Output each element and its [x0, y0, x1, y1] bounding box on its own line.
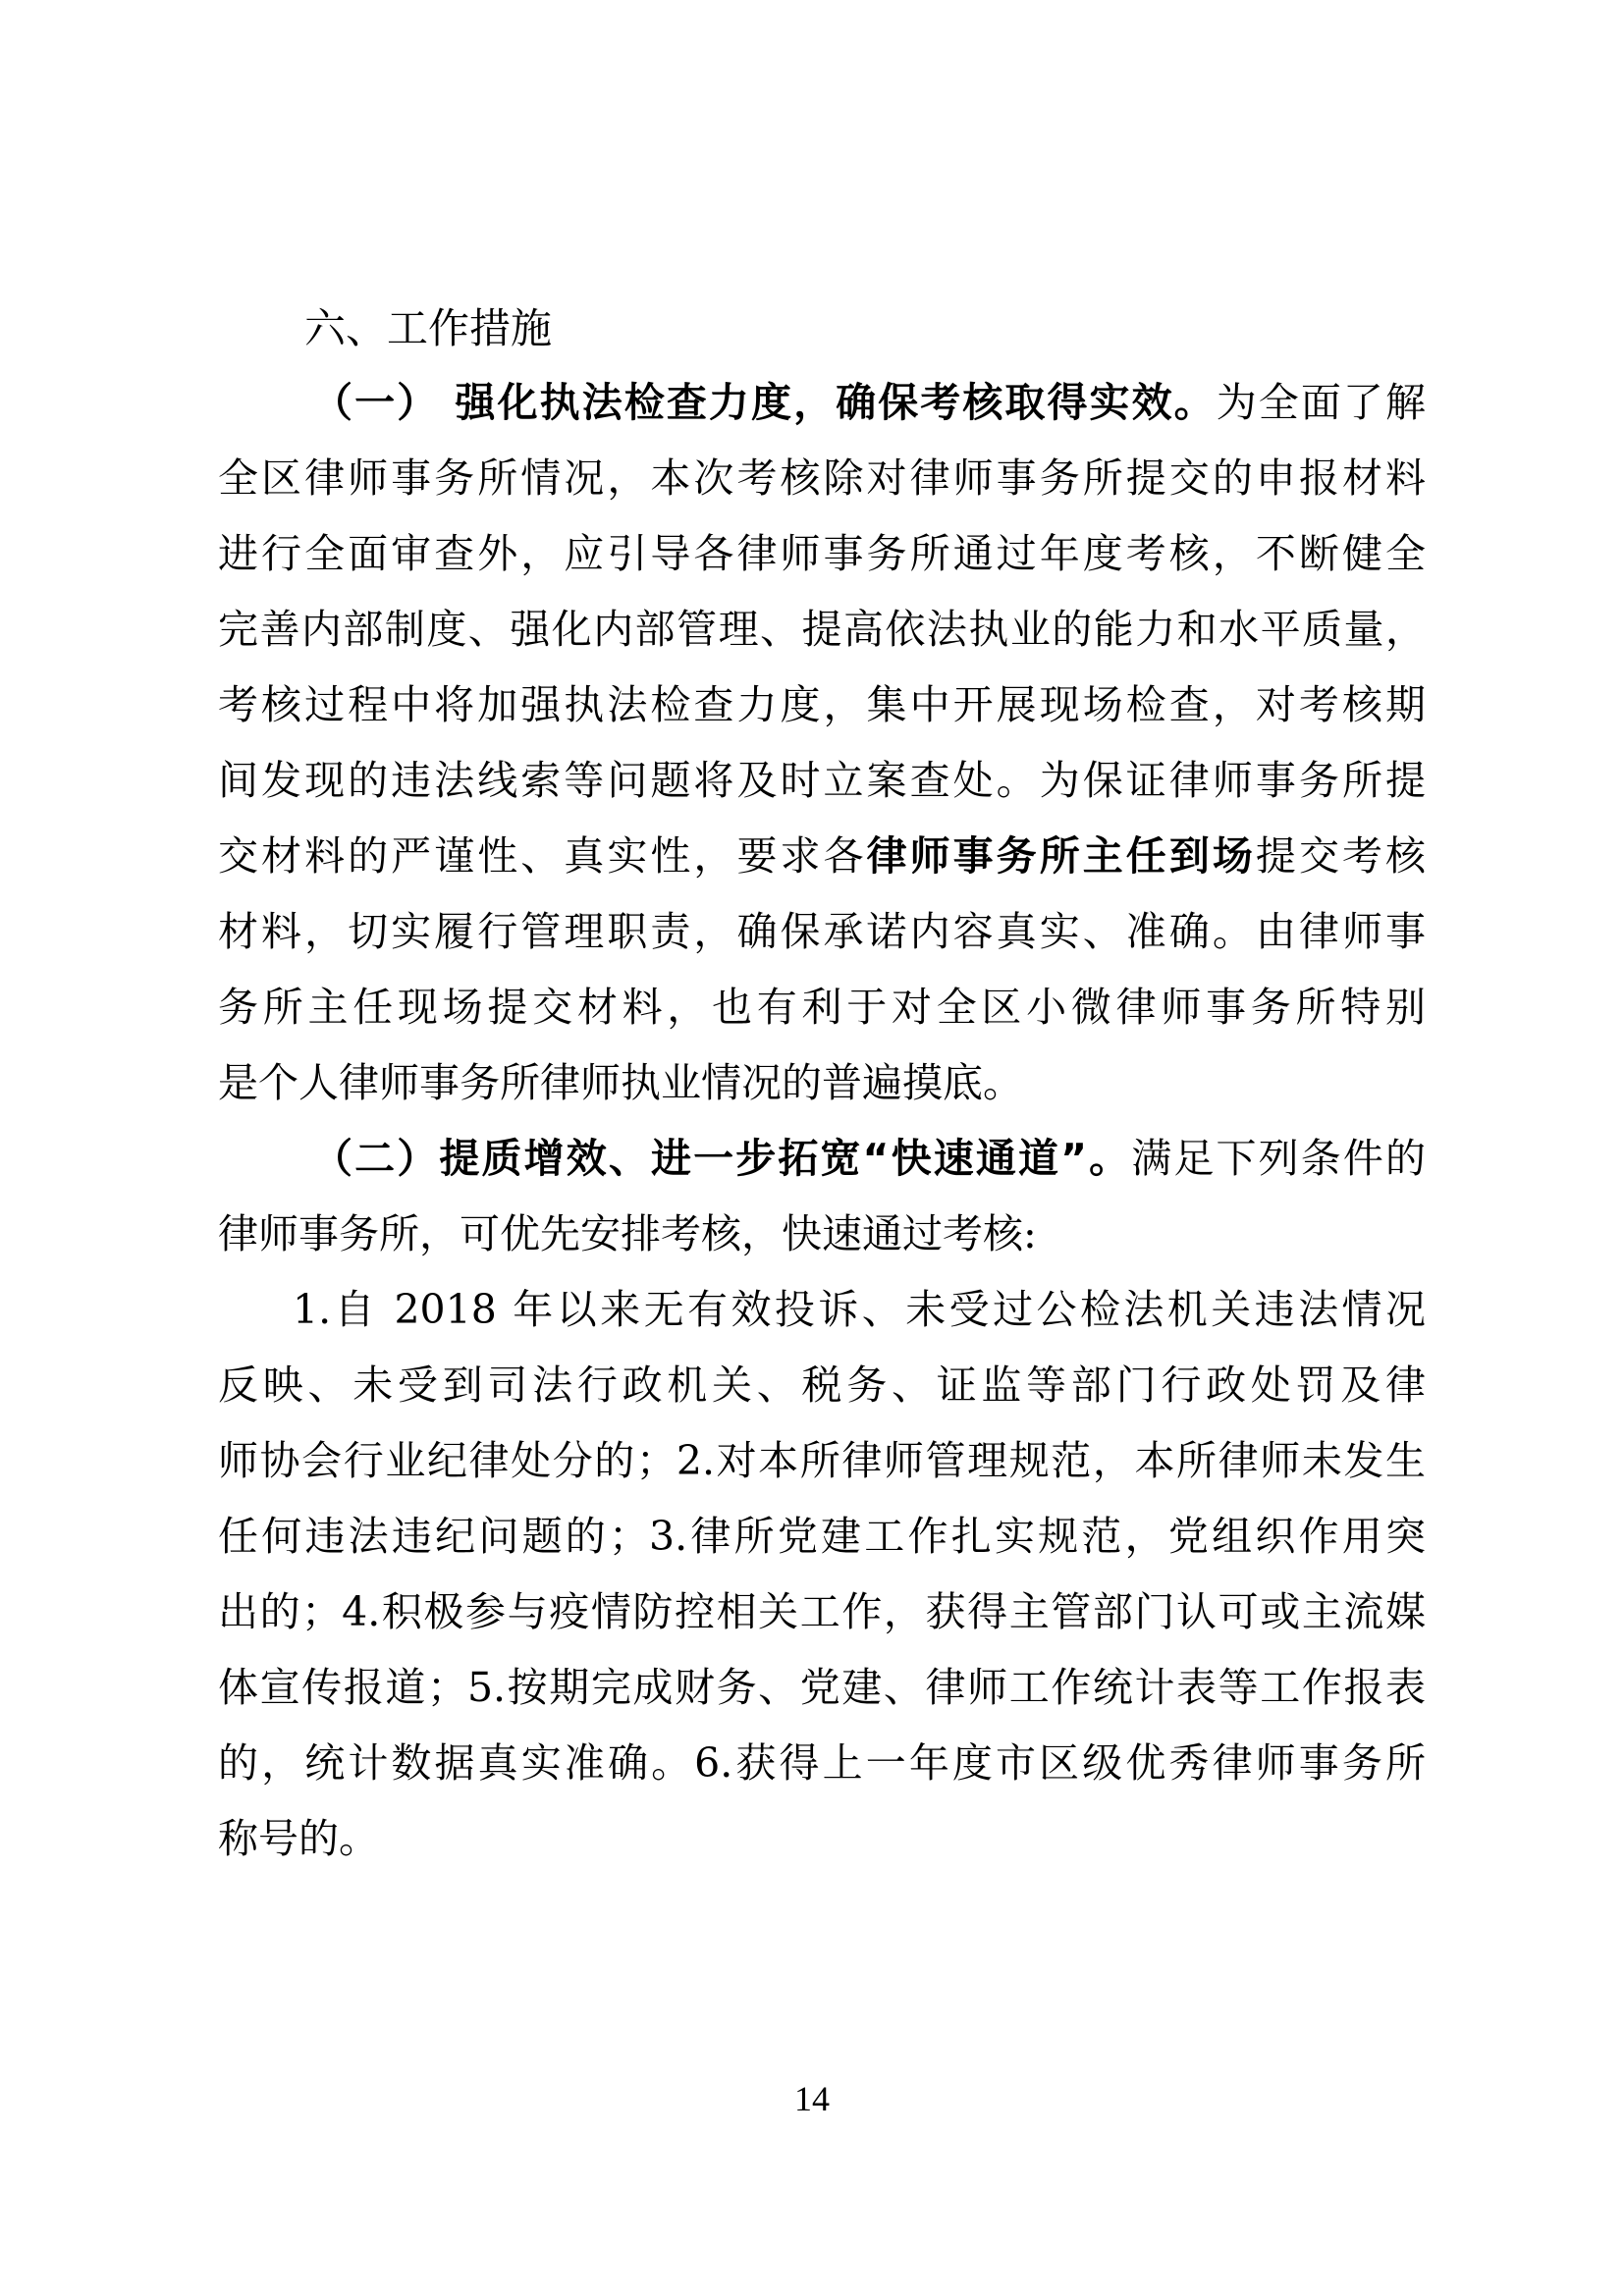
paragraph-3-line-2: 反映、未受到司法行政机关、税务、证监等部门行政处罚及律: [218, 1356, 1426, 1415]
paragraph-3-line-5: 出的；4.积极参与疫情防控相关工作，获得主管部门认可或主流媒: [218, 1582, 1426, 1641]
paragraph-2-line-1: （二）提质增效、进一步拓宽“快速通道”。满足下列条件的: [312, 1129, 1426, 1188]
paragraph-2-line-2: 律师事务所，可优先安排考核，快速通过考核:: [218, 1204, 1426, 1263]
paragraph-1-line-10: 是个人律师事务所律师执业情况的普遍摸底。: [218, 1053, 1426, 1112]
paragraph-3-line-4: 任何违法违纪问题的；3.律所党建工作扎实规范，党组织作用突: [218, 1507, 1426, 1566]
document-page: 六、工作措施 （一） 强化执法检查力度，确保考核取得实效。为全面了解 全区律师事…: [0, 0, 1624, 2296]
paragraph-3-line-8: 称号的。: [218, 1809, 1426, 1868]
page-number: 14: [0, 2079, 1624, 2118]
paragraph-1-line-9: 务所主任现场提交材料，也有利于对全区小微律师事务所特别: [218, 978, 1426, 1037]
subheading-1: （一） 强化执法检查力度，确保考核取得实效。: [312, 379, 1217, 426]
paragraph-3-line-3: 师协会行业纪律处分的；2.对本所律师管理规范，本所律师未发生: [218, 1431, 1426, 1490]
paragraph-3-line-1: 1.自 2018 年以来无有效投诉、未受过公检法机关违法情况: [293, 1280, 1426, 1339]
subheading-2: （二）提质增效、进一步拓宽“快速通道”。: [312, 1135, 1131, 1182]
paragraph-1-line-6: 间发现的违法线索等问题将及时立案查处。为保证律师事务所提: [218, 751, 1426, 810]
emphasis-director-present: 律师事务所主任到场: [867, 832, 1256, 880]
paragraph-1-line-8: 材料，切实履行管理职责，确保承诺内容真实、准确。由律师事: [218, 902, 1426, 961]
paragraph-3-line-7: 的，统计数据真实准确。6.获得上一年度市区级优秀律师事务所: [218, 1734, 1426, 1792]
paragraph-1-line-1: （一） 强化执法检查力度，确保考核取得实效。为全面了解: [312, 373, 1426, 432]
section-heading: 六、工作措施: [304, 299, 552, 358]
paragraph-1-line-2: 全区律师事务所情况，本次考核除对律师事务所提交的申报材料: [218, 449, 1426, 507]
paragraph-1-line-5: 考核过程中将加强执法检查力度，集中开展现场检查，对考核期: [218, 675, 1426, 734]
paragraph-1-line-4: 完善内部制度、强化内部管理、提高依法执业的能力和水平质量，: [218, 600, 1426, 659]
paragraph-1-line-3: 进行全面审查外，应引导各律师事务所通过年度考核，不断健全: [218, 524, 1426, 583]
paragraph-3-line-6: 体宣传报道；5.按期完成财务、党建、律师工作统计表等工作报表: [218, 1658, 1426, 1717]
paragraph-1-line-7: 交材料的严谨性、真实性，要求各律师事务所主任到场提交考核: [218, 827, 1426, 885]
